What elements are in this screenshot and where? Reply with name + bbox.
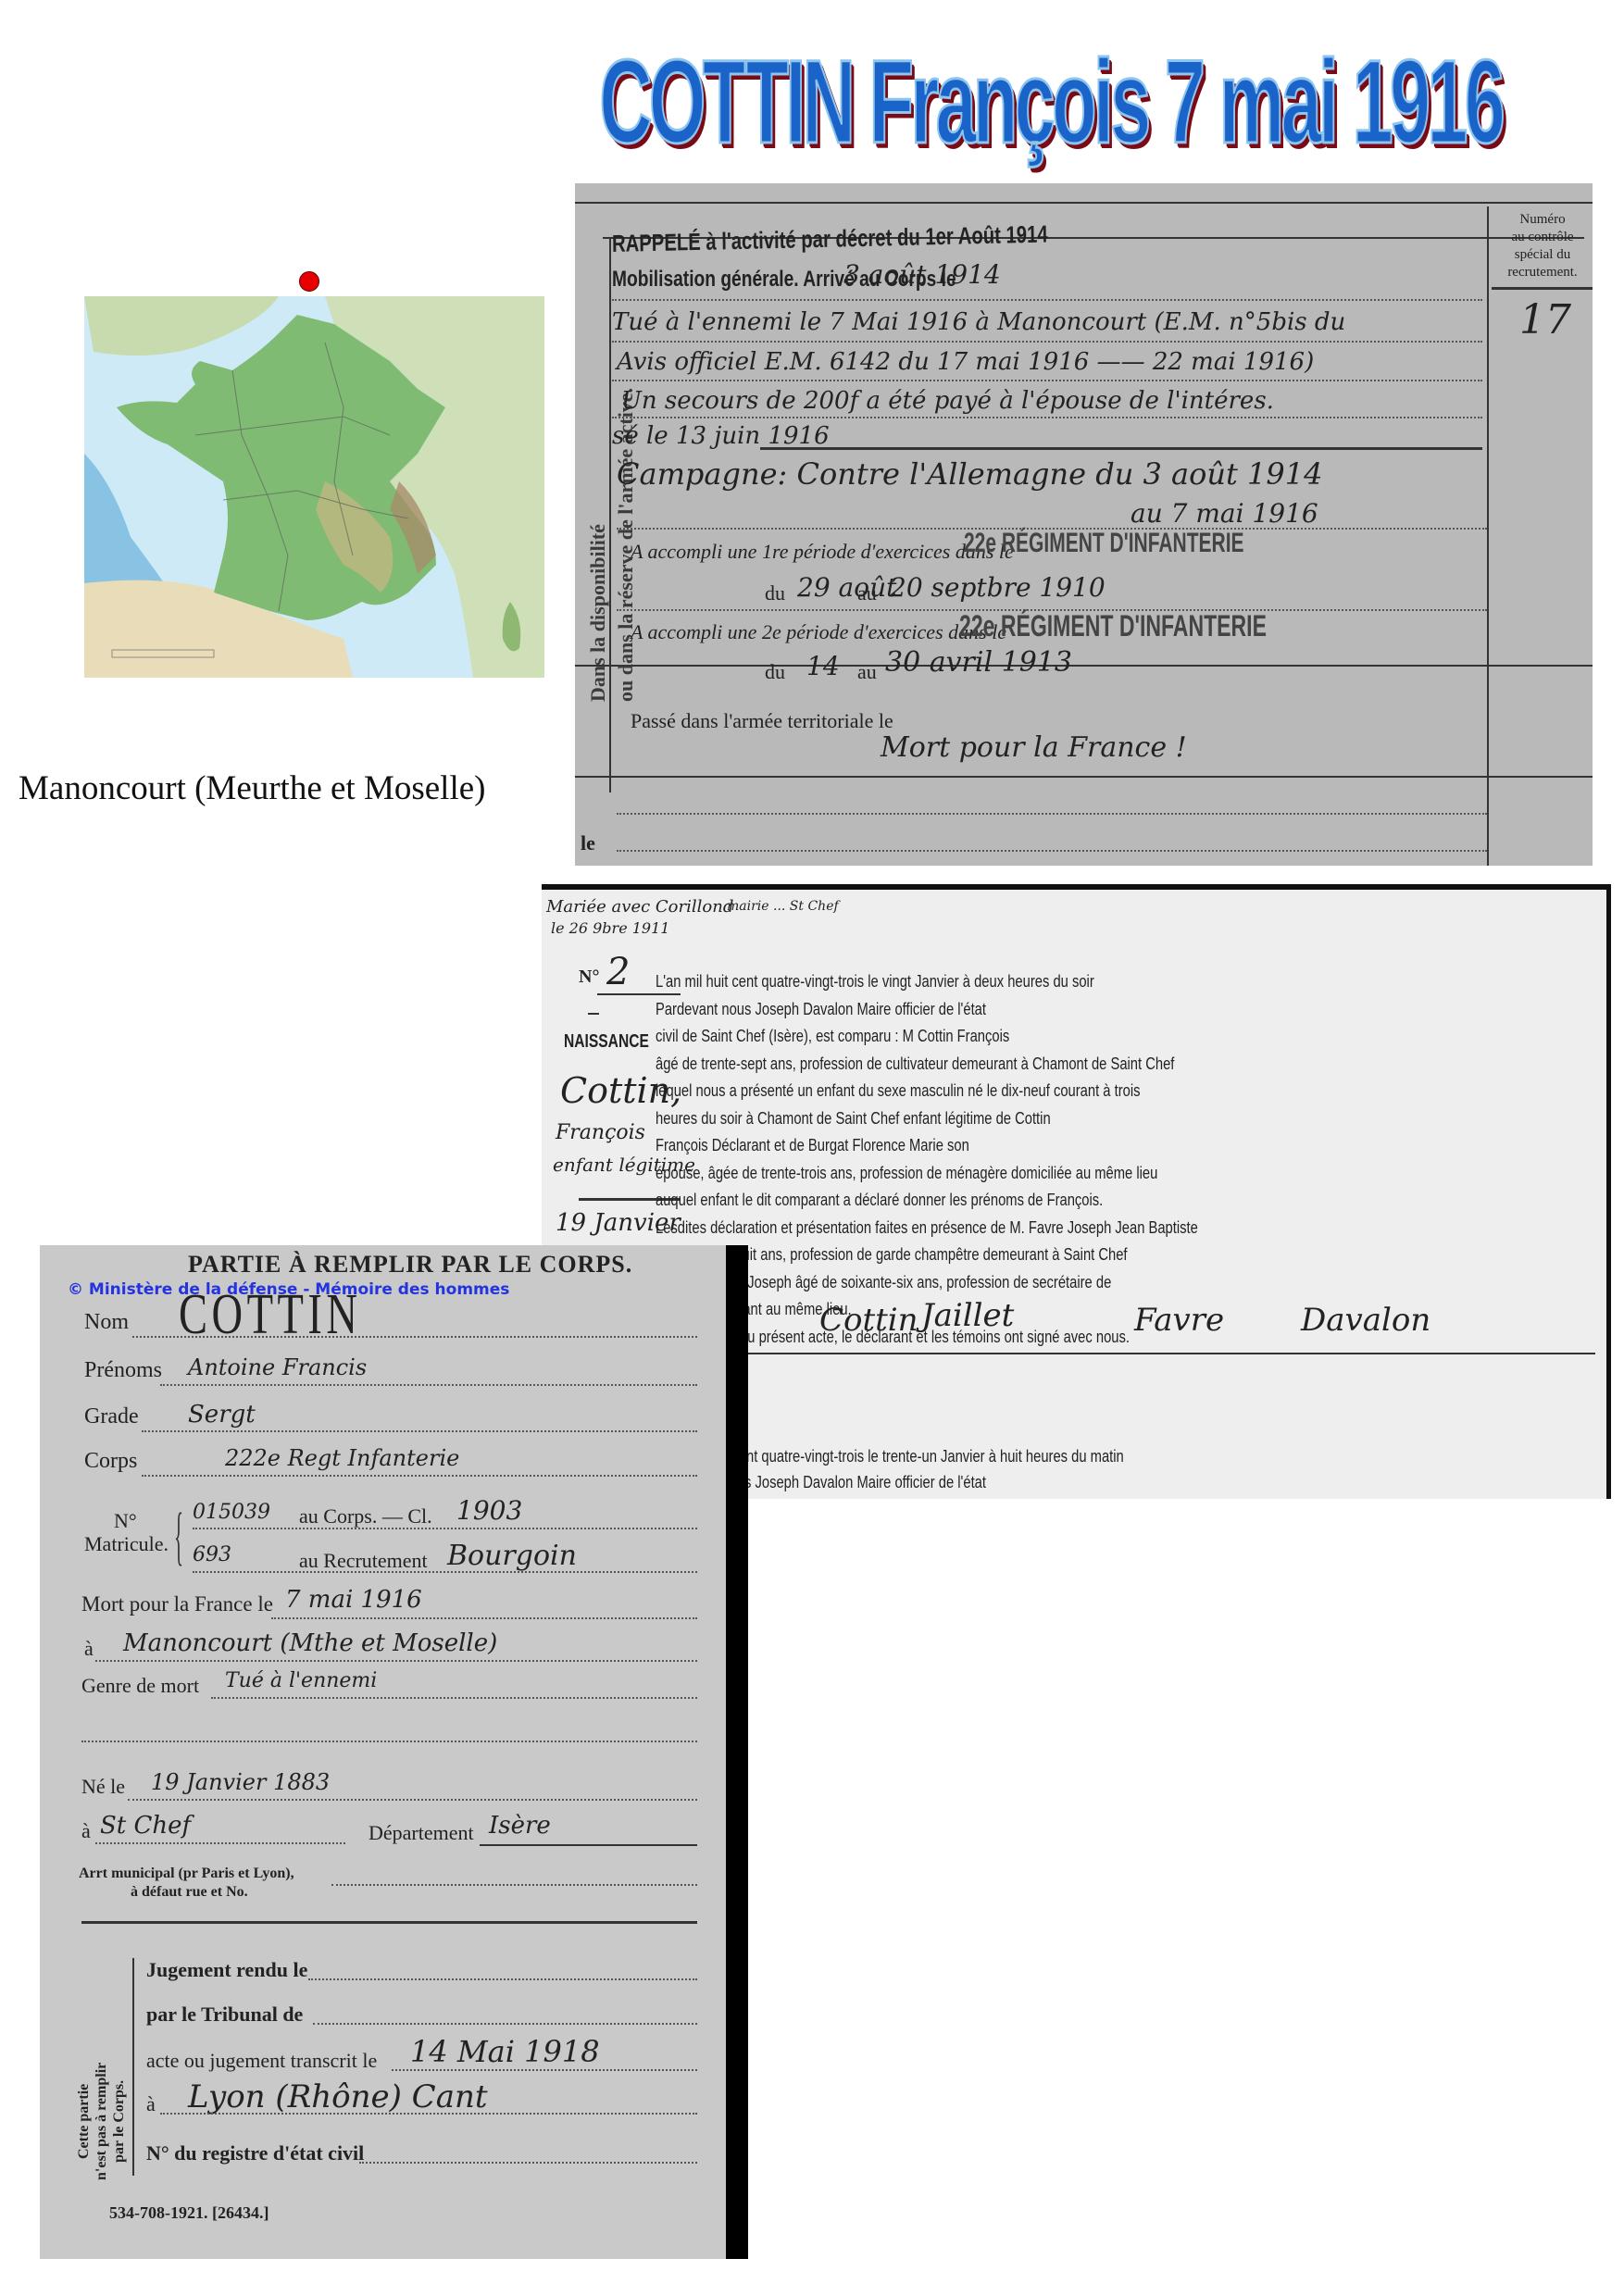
territoriale-label: Passé dans l'armée territoriale le [631,709,893,733]
periode2-au: 30 avril 1913 [885,646,1072,679]
periode2-label: A accompli une 2e période d'exercices da… [631,620,1006,644]
handwritten-line: Avis officiel E.M. 6142 du 17 mai 1916 —… [617,348,1314,376]
genre-value: Tué à l'ennemi [225,1669,377,1692]
grade-label: Grade [84,1404,139,1429]
mort-label: Mort pour la France le [81,1592,273,1616]
recrutement-value: Bourgoin [447,1540,577,1572]
ne-date: 19 Janvier 1883 [151,1769,330,1795]
au-label: au [857,660,877,684]
rappele-label: RAPPELÉ à l'activité par décret du 1er A… [612,219,1048,258]
handwritten-line: sé le 13 juin 1916 [612,422,830,450]
au-recrutement-label: au Recrutement [299,1549,428,1573]
a-label: à [81,1819,91,1843]
departement-value: Isère [489,1812,551,1840]
france-relief-map [84,296,544,678]
signature: Jaillet [921,1297,1014,1334]
ne-lieu: St Chef [100,1812,191,1840]
register-side-label-bottom: le [581,831,595,855]
margin-note: Mariée avec Corillond [546,897,733,917]
print-imprint: 534-708-1921. [26434.] [109,2203,269,2223]
arr-label: Arrt municipal (pr Paris et Lyon), [79,1865,294,1882]
a-label: à [84,1637,94,1661]
periode2-du: 14 [806,651,840,681]
du-label: du [765,581,785,605]
matricule-label: Matricule. [84,1532,169,1556]
mort-lieu: Manoncourt (Mthe et Moselle) [123,1629,497,1657]
campagne-line: au 7 mai 1916 [1131,498,1318,529]
page-title: COTTIN François 7 mai 1916 [599,33,1105,172]
transcrit-date: 14 Mai 1918 [410,2034,600,2069]
nom-value: COTTIN [179,1282,361,1348]
signature: Davalon [1301,1302,1430,1339]
location-marker-icon [299,271,319,292]
death-record-card-scan: PARTIE À REMPLIR PAR LE CORPS. © Ministè… [40,1245,748,2259]
departement-label: Département [369,1821,474,1845]
numero-value: 17 [1519,296,1571,343]
military-register-scan: Dans la disponibilité ou dans la réserve… [575,183,1593,866]
margin-note: mairie ... St Chef [727,899,839,914]
handwritten-line: Un secours de 200f a été payé à l'épouse… [621,387,1274,415]
signature: Cottin [819,1302,918,1339]
number-label: N° [579,967,599,988]
arrive-date: 3 août 1914 [843,259,1001,290]
a-label: à [146,2092,156,2116]
margin-firstname: François [556,1121,645,1144]
arr-label: à défaut rue et No. [131,1884,248,1901]
numero-header: Numéro au contrôle spécial du recrutemen… [1496,211,1589,281]
classe-value: 1903 [456,1495,522,1526]
transcrit-label: acte ou jugement transcrit le [146,2049,377,2073]
grade-value: Sergt [188,1401,256,1429]
ne-label: Né le [81,1775,125,1799]
tribunal-label: par le Tribunal de [146,2003,303,2027]
act-number: 2 [606,951,630,993]
prenoms-label: Prénoms [84,1358,162,1383]
mort-date: 7 mai 1916 [285,1586,422,1614]
au-label: au [857,581,877,605]
matricule-label: N° [114,1509,137,1533]
campagne-line: Campagne: Contre l'Allemagne du 3 août 1… [617,456,1322,492]
matricule-corps: 015039 [193,1501,270,1524]
map-caption: Manoncourt (Meurthe et Moselle) [19,768,574,808]
periode1-label: A accompli une 1re période d'exercices d… [631,540,1014,564]
handwritten-line: Tué à l'ennemi le 7 Mai 1916 à Manoncour… [612,308,1345,336]
periode1-au: 20 septbre 1910 [890,572,1106,603]
corps-value: 222e Regt Infanterie [225,1445,459,1471]
periode1-regiment-stamp: 22e RÉGIMENT D'INFANTERIE [964,528,1244,559]
du-label: du [765,660,785,684]
prenoms-value: Antoine Francis [188,1354,367,1380]
transcrit-lieu: Lyon (Rhône) Cant [188,2078,488,2115]
genre-label: Genre de mort [81,1674,199,1698]
margin-note: le 26 9bre 1911 [551,919,669,937]
periode1-du: 29 août [797,572,896,603]
card-header: PARTIE À REMPLIR PAR LE CORPS. [188,1251,632,1279]
matricule-recrutement: 693 [193,1543,231,1566]
signature: Favre [1134,1302,1224,1339]
jugement-label: Jugement rendu le [146,1958,307,1982]
registre-label: N° du registre d'état civil [146,2141,364,2165]
corps-label: Corps [84,1449,137,1474]
nom-label: Nom [84,1310,129,1335]
naissance-label: NAISSANCE [564,1031,649,1053]
mort-pour-la-france-note: Mort pour la France ! [881,731,1187,764]
periode2-regiment-stamp: 22e RÉGIMENT D'INFANTERIE [959,609,1267,643]
side-note: Cette partie n'est pas à remplir par le … [75,2063,128,2180]
au-corps-label: au Corps. — Cl. [299,1504,432,1529]
